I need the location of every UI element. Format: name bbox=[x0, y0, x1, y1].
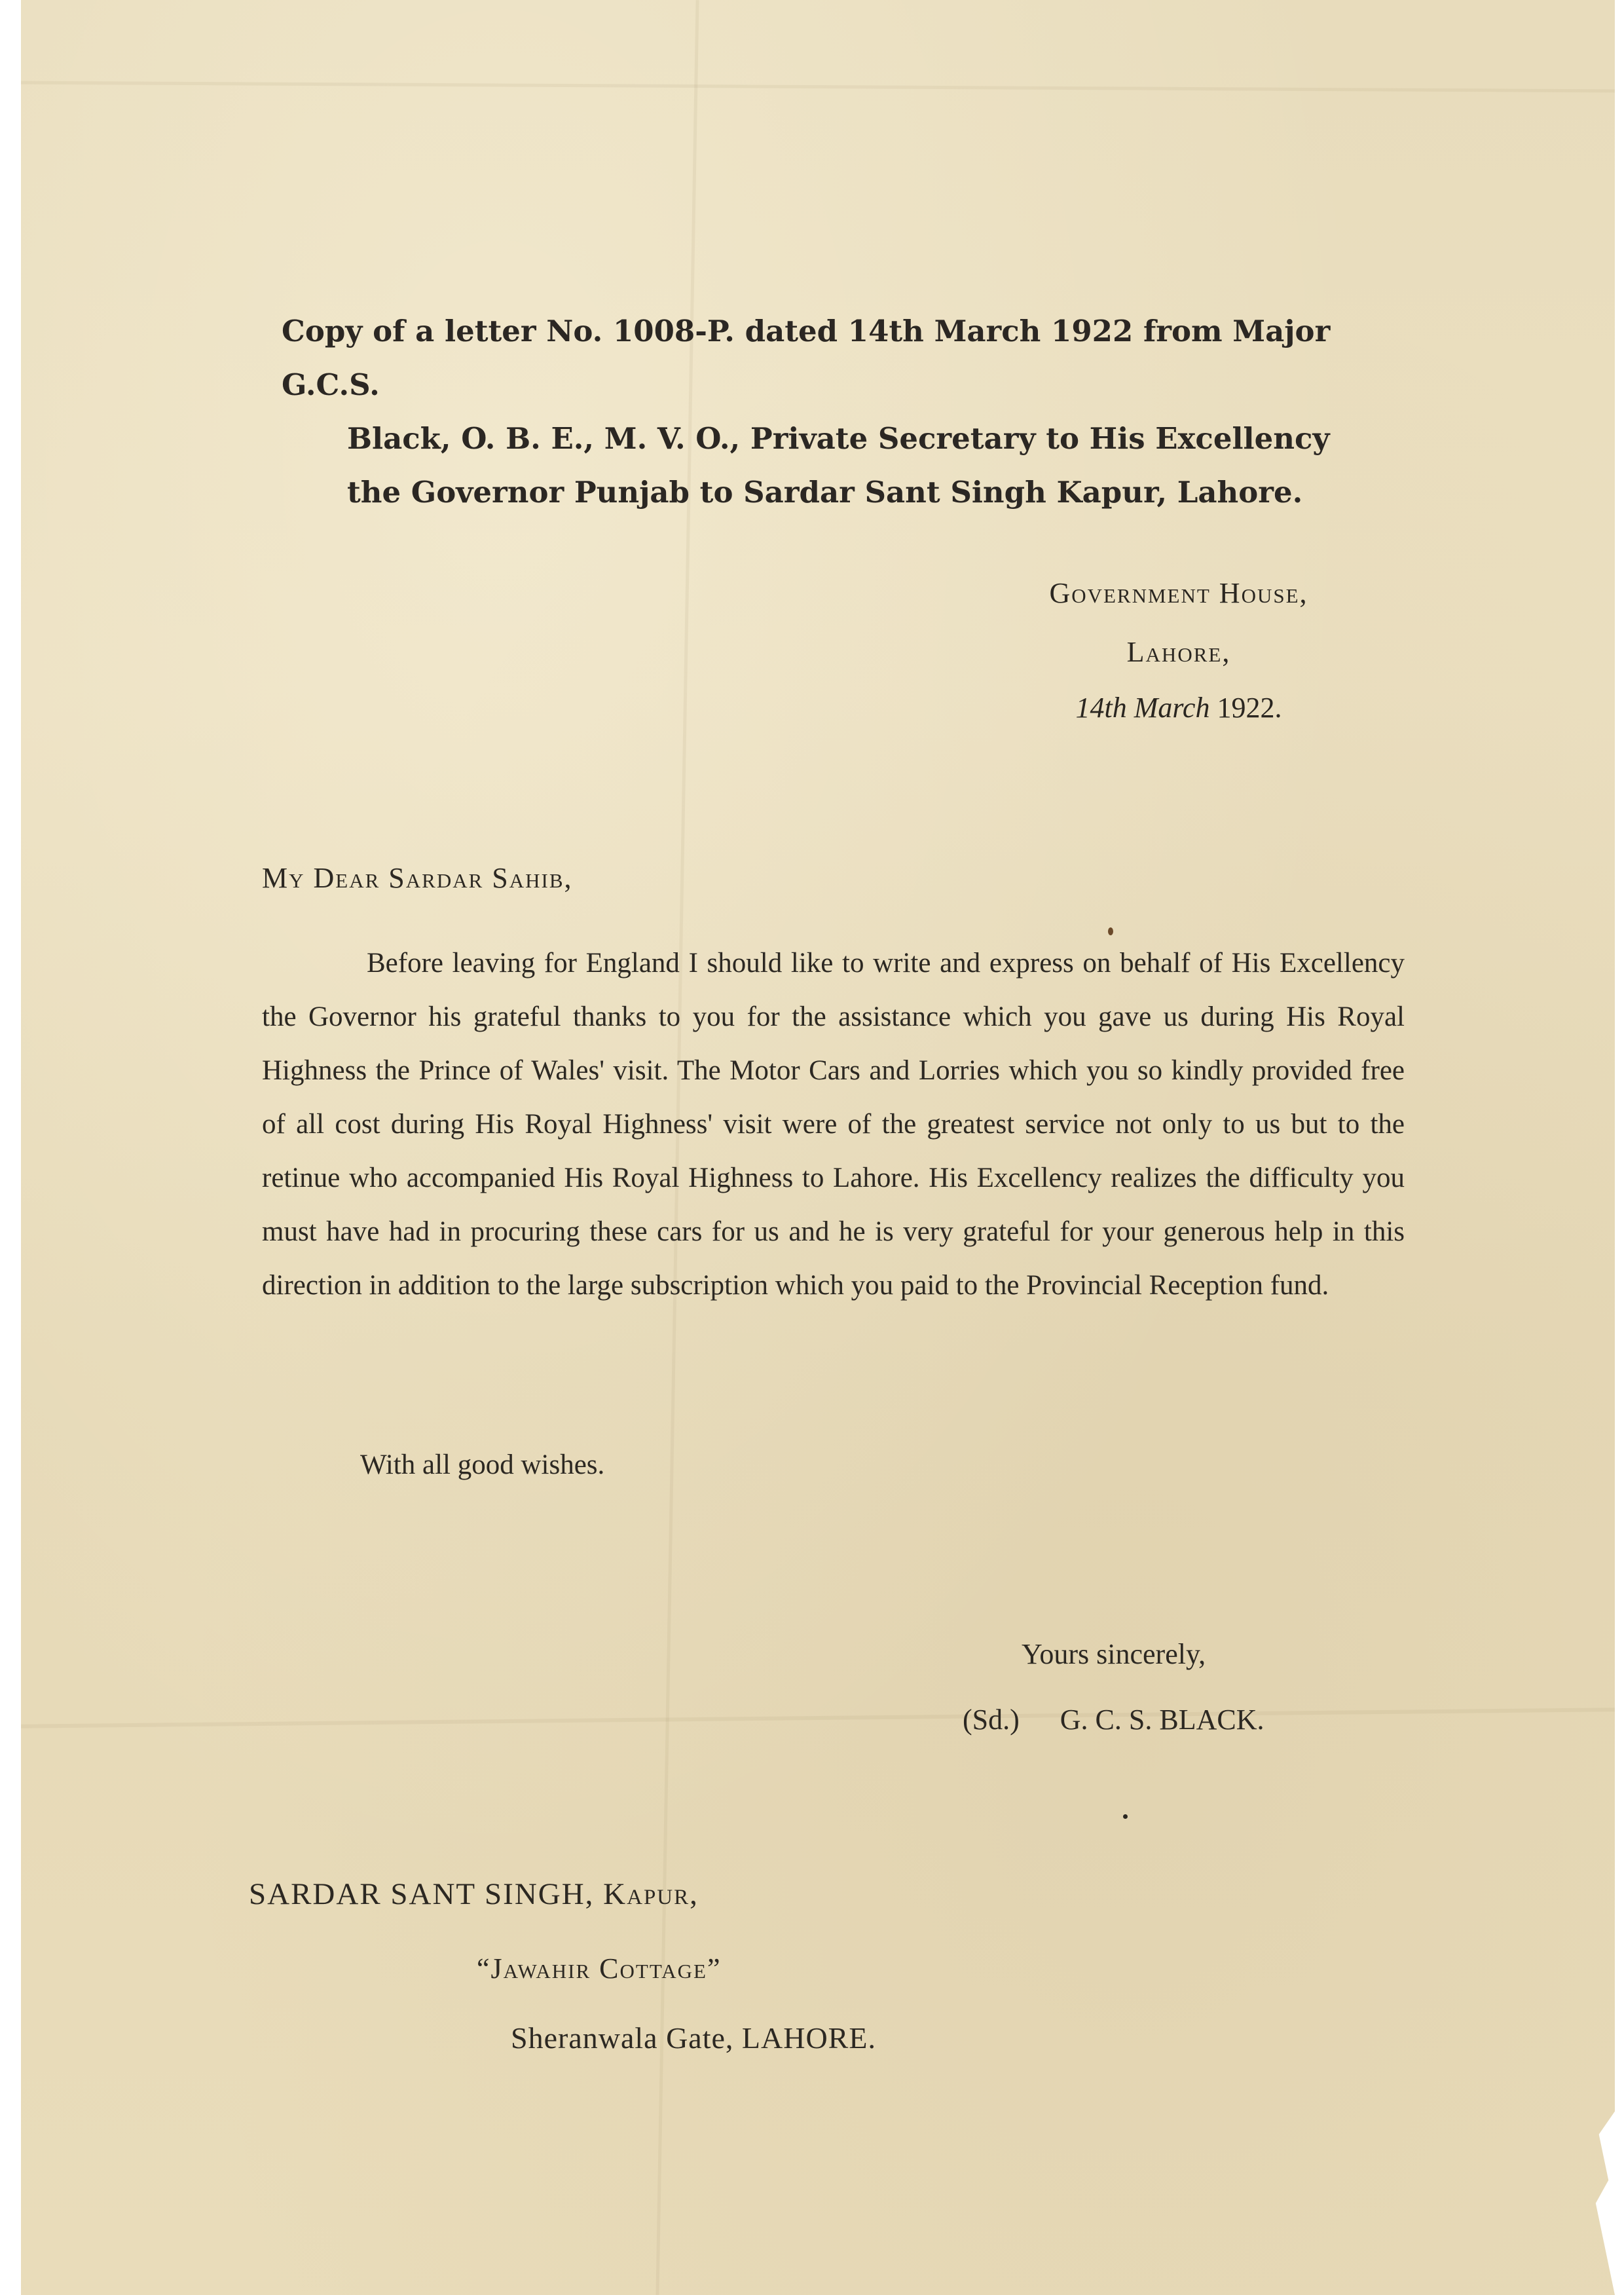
document-header: Copy of a letter No. 1008-P. dated 14th … bbox=[282, 305, 1434, 519]
closing: Yours sincerely, bbox=[1022, 1637, 1206, 1671]
paper-crease bbox=[21, 81, 1615, 93]
header-line-1: Copy of a letter No. 1008-P. dated 14th … bbox=[282, 305, 1434, 412]
ink-speck bbox=[1123, 1814, 1128, 1819]
date-year: 1922. bbox=[1217, 692, 1282, 724]
sender-address-line-2: Lahore, bbox=[950, 635, 1408, 669]
letter-date: 14th March 1922. bbox=[950, 691, 1408, 724]
header-line-3: the Governor Punjab to Sardar Sant Singh… bbox=[282, 466, 1434, 519]
recipient-surname: Kapur, bbox=[603, 1877, 699, 1911]
ink-speck bbox=[1108, 927, 1113, 935]
letter-body-paragraph: Before leaving for England I should like… bbox=[262, 937, 1405, 1313]
recipient-street: Sheranwala Gate, LAHORE. bbox=[511, 2021, 876, 2055]
recipient-name: SARDAR SANT SINGH, bbox=[249, 1877, 594, 1911]
recipient-house: “Jawahir Cottage” bbox=[477, 1952, 722, 1985]
signature-block: (Sd.) G. C. S. BLACK. bbox=[963, 1703, 1264, 1736]
salutation: My Dear Sardar Sahib, bbox=[262, 861, 1405, 895]
sender-address-line-1: Government House, bbox=[950, 576, 1408, 610]
good-wishes: With all good wishes. bbox=[360, 1449, 1503, 1481]
signed-marker: (Sd.) bbox=[963, 1704, 1020, 1736]
recipient-name-line: SARDAR SANT SINGH, Kapur, bbox=[249, 1876, 699, 1912]
header-line-2: Black, O. B. E., M. V. O., Private Secre… bbox=[282, 412, 1434, 466]
date-day-month: 14th March bbox=[1076, 692, 1210, 724]
paper-crease bbox=[21, 1707, 1615, 1728]
signatory-name: G. C. S. BLACK. bbox=[1060, 1704, 1264, 1736]
